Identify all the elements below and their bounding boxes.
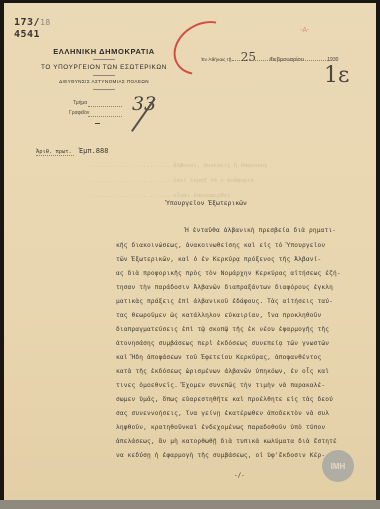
body-line: σας συνεννοήσεις, ἵνα γείνῃ ἐκατέρωθεν ἀ… bbox=[116, 410, 329, 417]
dateline: Ἐν Ἀθήναις τῇ 25 Φεβρουαρίου 1930 bbox=[201, 50, 338, 64]
divider bbox=[93, 75, 115, 76]
office-label: Γραφεῖον bbox=[69, 110, 89, 116]
body-line: τας θεωροῦμεν ὡς κατάλληλον εὐκαιρίαν, ἵ… bbox=[116, 312, 321, 319]
page-continuation-mark: -/- bbox=[234, 472, 245, 479]
body-line: Ἡ ἐνταῦθα ἀλβανικὴ πρεσβεία διὰ ρηματι- bbox=[185, 227, 336, 234]
divider bbox=[95, 123, 100, 124]
recipient: Ὑπουργεῖον Ἐξωτερικῶν bbox=[166, 199, 247, 207]
bleed-through-text: ........................ ἐκεῖ ἐκρηξ τὸ ν… bbox=[89, 178, 254, 184]
handwritten-top-mark: -Α- bbox=[300, 27, 309, 34]
red-pencil-mark bbox=[164, 10, 244, 85]
body-line: διαπραγματεύσεις ἐπὶ τῷ σκοπῷ τῆς ἐκ νέο… bbox=[116, 326, 329, 333]
section-label: Τμήμα bbox=[73, 100, 87, 106]
body-line: τῶν Ἐξωτερικῶν, καὶ ὁ ἐν Κερκύρᾳ πρόξενο… bbox=[116, 256, 321, 263]
archive-ref-line2: 4541 bbox=[14, 29, 40, 40]
office-field-line bbox=[88, 116, 122, 117]
body-line: ληφθοῦν, κρατηθοῦνκαὶ ἐνδεχομένως παραδο… bbox=[116, 424, 325, 431]
document-page: 173/18 4541 ΕΛΛΗΝΙΚΗ ΔΗΜΟΚΡΑΤΙΑ ΤΟ ΥΠΟΥΡ… bbox=[4, 3, 376, 503]
bleed-through-text: ........................ ἄλβανοι, συνεπε… bbox=[89, 163, 268, 169]
archive-ref-suffix: 18 bbox=[40, 18, 51, 27]
body-line: ματικὰς πράξεις ἐπὶ ἀλβανικοῦ ἐδάφους. Τ… bbox=[116, 298, 333, 305]
body-line: ἀτονησάσης συμβάσεως περὶ ἐκδόσεως συνεπ… bbox=[116, 340, 329, 347]
body-line: να κεδύσῃ ἡ ἐφαρμογὴ τῆς συμβάσεως, οἱ ὑ… bbox=[116, 452, 325, 459]
archive-ref-number: 173/ bbox=[14, 17, 40, 28]
body-line: τησαν τὴν παράδοσιν Ἀλβανῶν διαπραξάντων… bbox=[116, 284, 333, 291]
section-field-line bbox=[88, 106, 122, 107]
body-line: κῆς διακοινώσεως, ἀνακοινωθείσης καὶ εἰς… bbox=[116, 242, 325, 249]
divider bbox=[93, 59, 115, 60]
archive-ref-line1: 173/18 bbox=[14, 17, 51, 28]
protocol-number: Ἀριθ. πρωτ. Ἐμπ.888 bbox=[36, 147, 108, 155]
dateline-place: Ἐν Ἀθήναις τῇ bbox=[201, 58, 231, 63]
archive-stamp: ΙΜΗ bbox=[322, 450, 354, 482]
scan-border bbox=[0, 500, 380, 509]
handwritten-corner-mark: 1ε bbox=[324, 63, 349, 88]
body-line: ἀπελάσεως, ἂν μὴ κατορθωθῇ διὰ τυπικὰ κω… bbox=[116, 438, 337, 445]
dateline-underline bbox=[232, 60, 332, 61]
body-line: σωμεν ὑμᾶς, ὅπως εὐαρεστηθῆτε καὶ προέλθ… bbox=[116, 396, 333, 403]
body-line: κατὰ τῆς ἐκδόσεως ὡρισμένων ἀλβανῶν ὑπηκ… bbox=[116, 368, 329, 375]
divider bbox=[93, 89, 115, 90]
body-line: καὶ Ἤδη ἀποφάσεων τοῦ Ἐφετείου Κερκύρας,… bbox=[116, 354, 321, 361]
protocol-value: Ἐμπ.888 bbox=[79, 147, 109, 155]
body-line: ας διὰ προφορικῆς πρὸς τὸν Νομάρχην Κερκ… bbox=[116, 270, 341, 277]
letterhead-directorate: ΔΙΕΥΘΥΝΣΙΣ ΑΣΤΥΝΟΜΙΑΣ ΠΟΛΕΩΝ bbox=[44, 79, 164, 84]
protocol-underline bbox=[36, 155, 74, 156]
body-line: τινες ὁμοεθνεῖς. Ἔχομεν συνεπῶς τὴν τιμὴ… bbox=[116, 382, 325, 389]
letterhead-ministry: ΤΟ ΥΠΟΥΡΓΕΙΟΝ ΤΩΝ ΕΣΩΤΕΡΙΚΩΝ bbox=[29, 64, 179, 71]
letterhead-state: ΕΛΛΗΝΙΚΗ ΔΗΜΟΚΡΑΤΙΑ bbox=[44, 47, 164, 56]
date-day: 25 bbox=[241, 50, 256, 64]
